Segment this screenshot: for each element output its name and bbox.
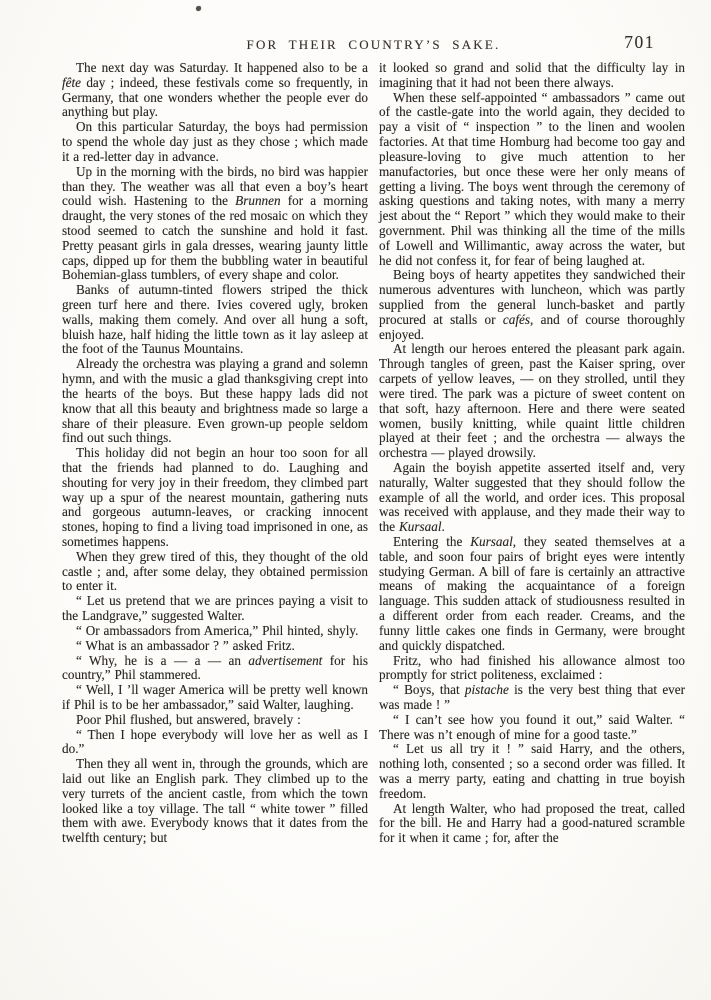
paragraph: “ Let us all try it ! ” said Harry, and … — [379, 742, 685, 801]
paragraph: it looked so grand and solid that the di… — [379, 61, 685, 91]
paragraph: “ Or ambassadors from America,” Phil hin… — [62, 624, 368, 639]
paragraph: Up in the morning with the birds, no bir… — [62, 165, 368, 284]
ink-speck — [196, 6, 201, 11]
paragraph: When these self-appointed “ ambassadors … — [379, 91, 685, 269]
paragraph: Entering the Kursaal, they seated themse… — [379, 535, 685, 654]
text-columns: The next day was Saturday. It happened a… — [62, 61, 685, 846]
paragraph: Then they all went in, through the groun… — [62, 757, 368, 846]
paragraph: “ Well, I ’ll wager America will be pret… — [62, 683, 368, 713]
paragraph: “ Then I hope everybody will love her as… — [62, 728, 368, 758]
paragraph: “ I can’t see how you found it out,” sai… — [379, 713, 685, 743]
paragraph: “ Boys, that pistache is the very best t… — [379, 683, 685, 713]
paragraph: The next day was Saturday. It happened a… — [62, 61, 368, 120]
running-head: FOR THEIR COUNTRY’S SAKE. 701 — [62, 37, 685, 57]
paragraph: When they grew tired of this, they thoug… — [62, 550, 368, 594]
page-title: FOR THEIR COUNTRY’S SAKE. — [62, 37, 685, 53]
paragraph: Being boys of hearty appetites they sand… — [379, 268, 685, 342]
left-column: The next day was Saturday. It happened a… — [62, 61, 368, 846]
paragraph: On this particular Saturday, the boys ha… — [62, 120, 368, 164]
paragraph: Banks of autumn-tinted flowers striped t… — [62, 283, 368, 357]
paragraph: “ Let us pretend that we are princes pay… — [62, 594, 368, 624]
paragraph: At length Walter, who had proposed the t… — [379, 802, 685, 846]
page-number: 701 — [624, 32, 655, 53]
paragraph: Again the boyish appetite asserted itsel… — [379, 461, 685, 535]
paragraph: At length our heroes entered the pleasan… — [379, 342, 685, 461]
paragraph: Already the orchestra was playing a gran… — [62, 357, 368, 446]
paragraph: “ What is an ambassador ? ” asked Fritz. — [62, 639, 368, 654]
paragraph: This holiday did not begin an hour too s… — [62, 446, 368, 550]
paragraph: “ Why, he is a — a — an advertisement fo… — [62, 654, 368, 684]
paragraph: Fritz, who had finished his allowance al… — [379, 654, 685, 684]
book-page: FOR THEIR COUNTRY’S SAKE. 701 The next d… — [0, 0, 711, 1000]
paragraph: Poor Phil flushed, but answered, bravely… — [62, 713, 368, 728]
right-column: it looked so grand and solid that the di… — [379, 61, 685, 846]
